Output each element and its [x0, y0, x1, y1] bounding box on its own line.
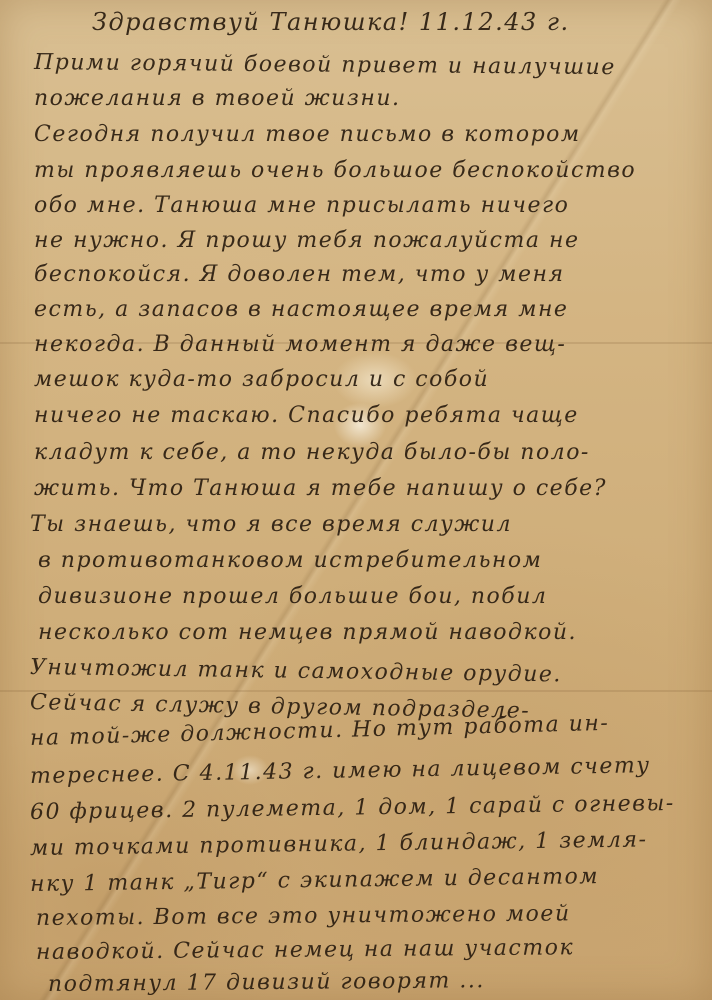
letter-line: дивизионе прошел большие бои, побил: [38, 584, 547, 609]
letter-line: ты проявляешь очень большое беспокойство: [34, 158, 636, 183]
letter-line: не нужно. Я прошу тебя пожалуйста не: [34, 228, 580, 253]
letter-line: некогда. В данный момент я даже вещ-: [34, 332, 566, 357]
letter-line: пожелания в твоей жизни.: [34, 86, 401, 111]
letter-line: несколько сот немцев прямой наводкой.: [38, 620, 577, 645]
letter-line: мешок куда-то забросил и с собой: [34, 367, 489, 392]
letter-line: беспокойся. Я доволен тем, что у меня: [34, 262, 565, 287]
letter-line: тереснее. С 4.11.43 г. имею на лицевом с…: [30, 753, 651, 789]
letter-line: ничего не таскаю. Спасибо ребята чаще: [34, 403, 579, 428]
letter-line: Прими горячий боевой привет и наилучшие: [34, 50, 616, 80]
letter-line: жить. Что Танюша я тебе напишу о себе?: [34, 476, 607, 501]
letter-greeting: Здравствуй Танюшка! 11.12.43 г.: [92, 8, 570, 36]
letter-line: в противотанковом истребительном: [38, 548, 542, 573]
letter-line: подтянул 17 дивизий говорят ...: [48, 968, 485, 997]
handwritten-letter: Здравствуй Танюшка! 11.12.43 г. Прими го…: [0, 0, 712, 1000]
letter-line: ми точками противника, 1 блиндаж, 1 земл…: [30, 827, 648, 861]
letter-line: 60 фрицев. 2 пулемета, 1 дом, 1 сарай с …: [30, 791, 675, 825]
letter-line: есть, а запасов в настоящее время мне: [34, 297, 568, 322]
letter-line: обо мне. Танюша мне присылать ничего: [34, 193, 569, 218]
letter-line: Сегодня получил твое письмо в котором: [34, 122, 581, 147]
letter-line: кладут к себе, а то некуда было-бы поло-: [34, 440, 590, 465]
letter-line: Ты знаешь, что я все время служил: [30, 512, 512, 537]
letter-line: нку 1 танк „Тигр“ с экипажем и десантом: [30, 864, 599, 897]
letter-line: наводкой. Сейчас немец на наш участок: [36, 935, 574, 965]
letter-line: пехоты. Вот все это уничтожено моей: [36, 901, 571, 931]
letter-line: Уничтожил танк и самоходные орудие.: [30, 655, 562, 687]
